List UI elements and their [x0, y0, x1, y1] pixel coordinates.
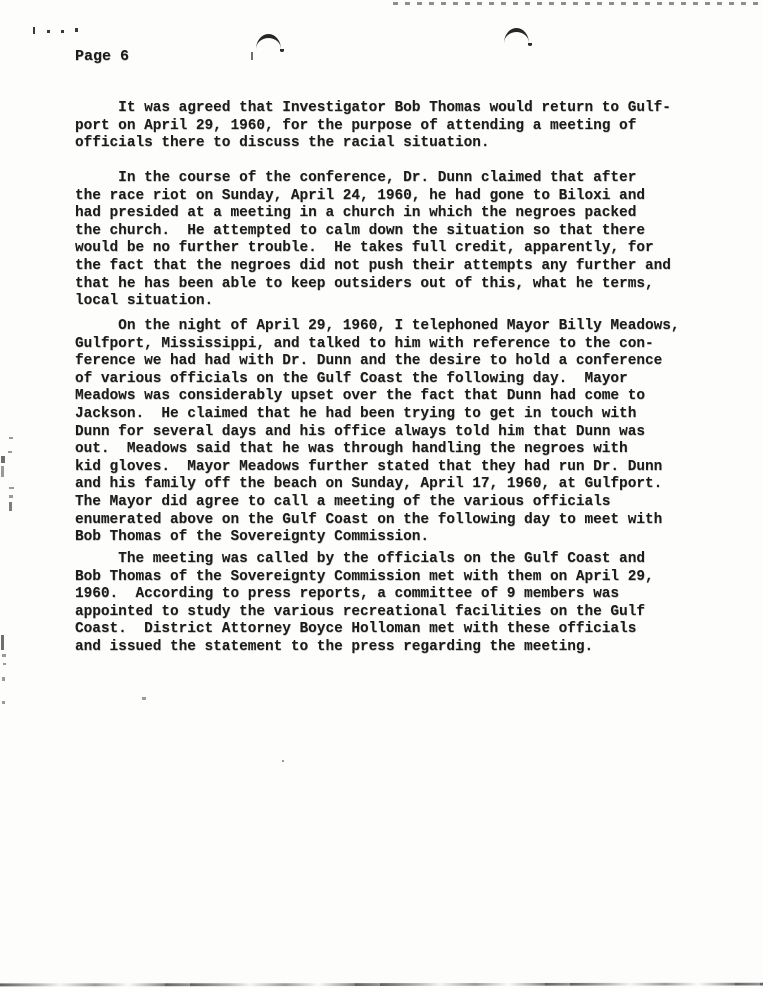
- paragraph-3: On the night of April 29, 1960, I teleph…: [75, 318, 680, 547]
- noise-mark-icon: [9, 437, 13, 439]
- noise-mark-icon: [3, 663, 6, 665]
- scanned-document-page: Page 6 It was agreed that Investigator B…: [0, 0, 763, 988]
- noise-mark-icon: [1, 466, 4, 477]
- page-number-label: Page 6: [75, 48, 129, 65]
- noise-mark-icon: [2, 654, 6, 657]
- noise-mark-icon: [1, 456, 5, 463]
- staple-arc-icon: [504, 28, 529, 44]
- noise-mark-icon: [142, 697, 146, 700]
- perforation-dots-icon: [393, 2, 763, 5]
- noise-mark-icon: [9, 495, 13, 498]
- staple-arc-icon: [256, 34, 281, 50]
- paragraph-2: In the course of the conference, Dr. Dun…: [75, 170, 671, 311]
- noise-mark-icon: [9, 487, 14, 489]
- noise-mark-icon: [2, 677, 5, 681]
- noise-mark-icon: [75, 28, 78, 32]
- noise-mark-icon: [9, 502, 12, 511]
- noise-mark-icon: [8, 451, 12, 453]
- scan-edge-smudge: [0, 981, 763, 987]
- noise-mark-icon: [282, 760, 284, 762]
- noise-mark-icon: [33, 27, 35, 34]
- noise-mark-icon: [1, 635, 4, 650]
- paragraph-1: It was agreed that Investigator Bob Thom…: [75, 100, 671, 153]
- paragraph-4: The meeting was called by the officials …: [75, 551, 654, 657]
- noise-mark-icon: [61, 30, 64, 33]
- noise-mark-icon: [47, 30, 50, 33]
- noise-mark-icon: [2, 701, 5, 704]
